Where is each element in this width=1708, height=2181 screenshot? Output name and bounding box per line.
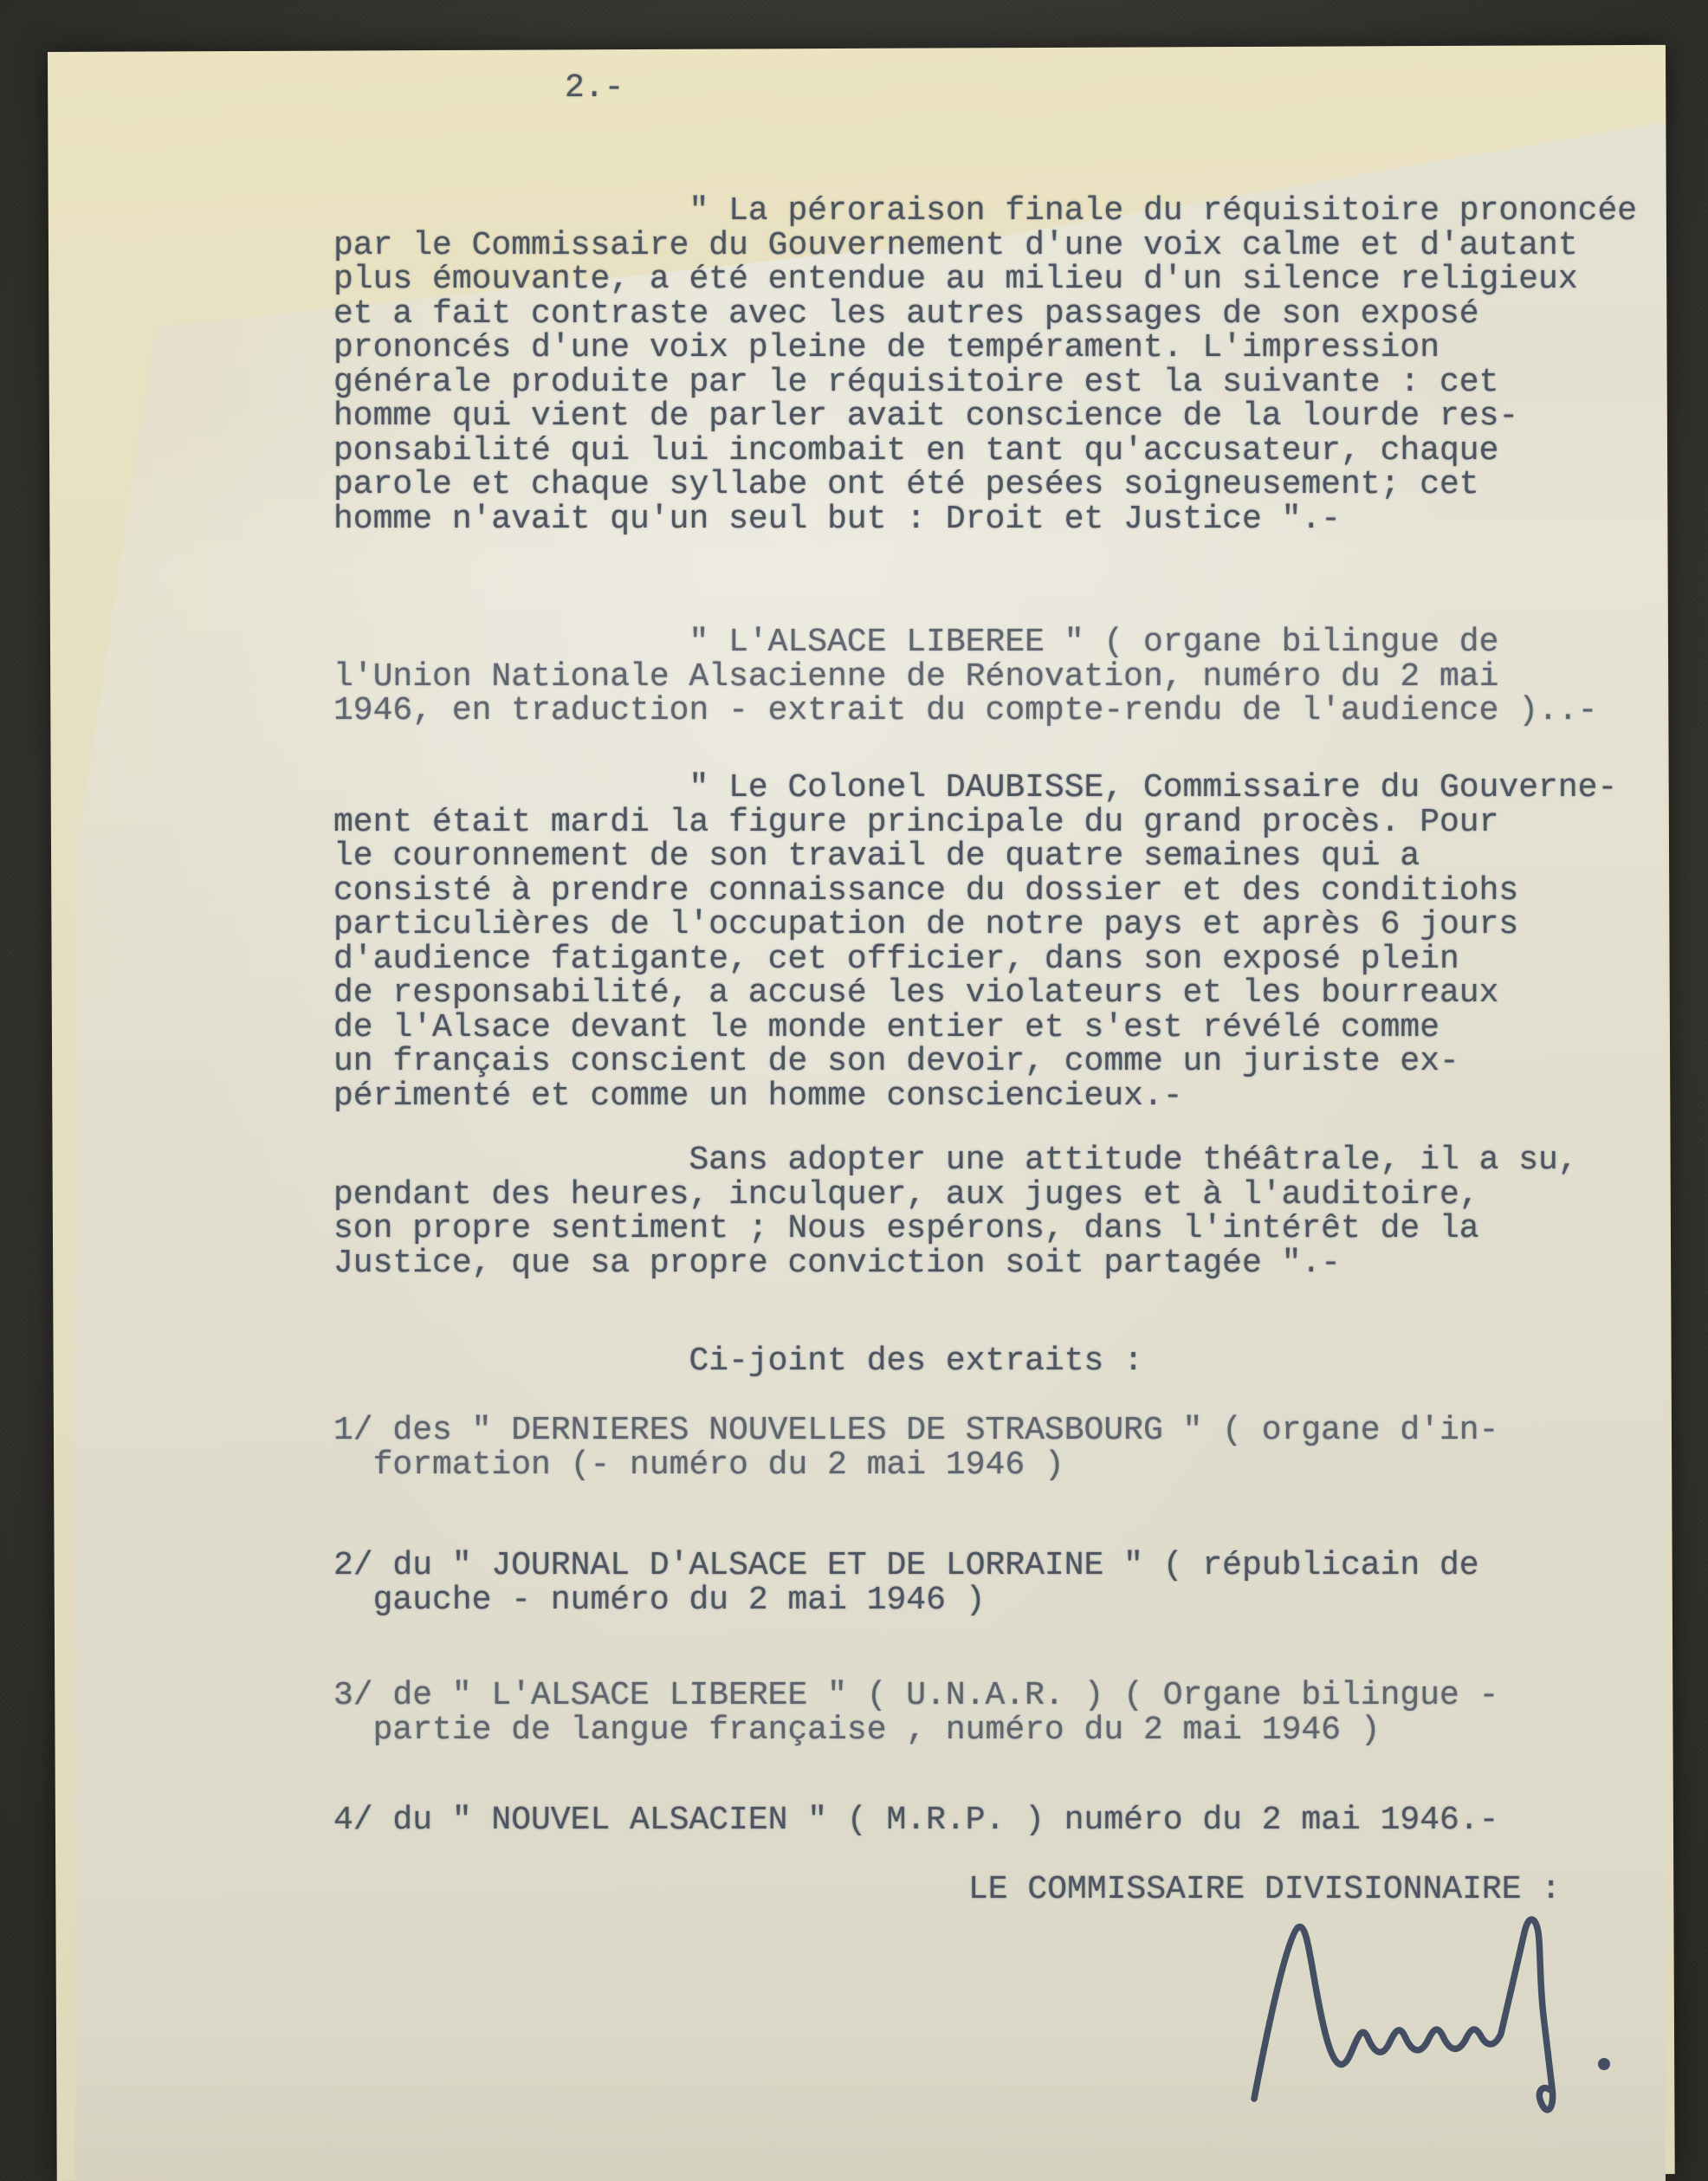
attachments-heading: Ci-joint des extraits : [333, 1344, 1143, 1379]
scanned-document-photo: 2.- " La péroraison finale du réquisitoi… [0, 0, 1708, 2181]
attachment-item-3: 3/ de " L'ALSACE LIBEREE " ( U.N.A.R. ) … [333, 1679, 1498, 1747]
signature-handwriting [1204, 1893, 1637, 2118]
attachment-item-2: 2/ du " JOURNAL D'ALSACE ET DE LORRAINE … [333, 1549, 1479, 1617]
paragraph-sans-adopter: Sans adopter une attitude théâtrale, il … [333, 1143, 1578, 1280]
paragraph-colonel-daubisse: " Le Colonel DAUBISSE, Commissaire du Go… [333, 771, 1617, 1113]
signature-period-dot [1598, 2058, 1610, 2070]
paragraph-alsace-liberee: " L'ALSACE LIBEREE " ( organe bilingue d… [333, 625, 1597, 728]
paragraph-requisitoire: " La péroraison finale du réquisitoire p… [333, 194, 1637, 536]
attachment-item-4: 4/ du " NOUVEL ALSACIEN " ( M.R.P. ) num… [333, 1803, 1498, 1838]
page-number: 2.- [565, 71, 624, 106]
attachment-item-1: 1/ des " DERNIERES NOUVELLES DE STRASBOU… [333, 1414, 1498, 1482]
